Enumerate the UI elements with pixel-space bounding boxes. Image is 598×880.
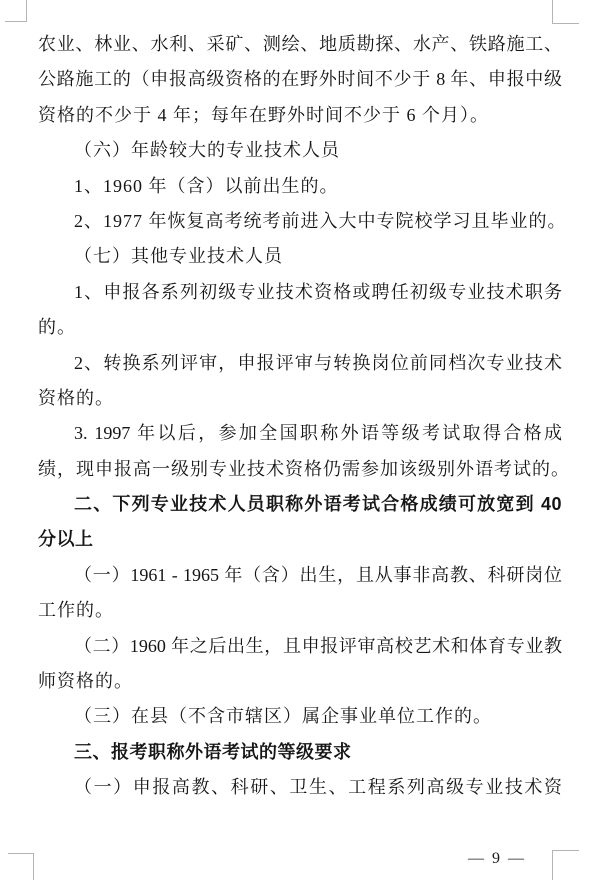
text-line: 绩，现申报高一级别专业技术资格仍需参加该级别外语考试的。	[38, 452, 562, 487]
text-line: 资格的不少于 4 年；每年在野外时间不少于 6 个月）。	[38, 98, 562, 133]
document-body: 农业、林业、水利、采矿、测绘、地质勘探、水产、铁路施工、 公路施工的（申报高级资…	[38, 27, 562, 806]
text-line: 1、1960 年（含）以前出生的。	[38, 169, 562, 204]
text-line: 资格的。	[38, 381, 562, 416]
section-heading: （七）其他专业技术人员	[38, 239, 562, 274]
text-line: 3. 1997 年以后，参加全国职称外语等级考试取得合格成	[38, 416, 562, 451]
crop-mark-bottom-right-icon	[552, 850, 579, 880]
crop-mark-top-left-icon	[5, 0, 27, 22]
text-line: 工作的。	[38, 593, 562, 628]
document-page: 农业、林业、水利、采矿、测绘、地质勘探、水产、铁路施工、 公路施工的（申报高级资…	[0, 0, 598, 880]
section-heading-bold: 三、报考职称外语考试的等级要求	[38, 735, 562, 770]
section-heading: （六）年龄较大的专业技术人员	[38, 133, 562, 168]
text-line: 公路施工的（申报高级资格的在野外时间不少于 8 年、申报中级	[38, 62, 562, 97]
crop-mark-bottom-left-icon	[8, 853, 34, 880]
text-line: 师资格的。	[38, 664, 562, 699]
text-line: （三）在县（不含市辖区）属企事业单位工作的。	[38, 699, 562, 734]
section-heading-bold: 二、下列专业技术人员职称外语考试合格成绩可放宽到 40	[38, 487, 562, 522]
text-line: （二）1960 年之后出生，且申报评审高校艺术和体育专业教	[38, 629, 562, 664]
text-line: 2、转换系列评审，申报评审与转换岗位前同档次专业技术	[38, 346, 562, 381]
text-line: 1、申报各系列初级专业技术资格或聘任初级专业技术职务	[38, 275, 562, 310]
text-line: 的。	[38, 310, 562, 345]
text-line: （一）1961 - 1965 年（含）出生，且从事非高教、科研岗位	[38, 558, 562, 593]
text-line: 农业、林业、水利、采矿、测绘、地质勘探、水产、铁路施工、	[38, 27, 562, 62]
page-number: — 9 —	[468, 850, 526, 868]
text-line: （一）申报高教、科研、卫生、工程系列高级专业技术资	[38, 770, 562, 805]
section-heading-bold: 分以上	[38, 522, 562, 557]
crop-mark-top-right-icon	[552, 0, 579, 24]
text-line: 2、1977 年恢复高考统考前进入大中专院校学习且毕业的。	[38, 204, 562, 239]
